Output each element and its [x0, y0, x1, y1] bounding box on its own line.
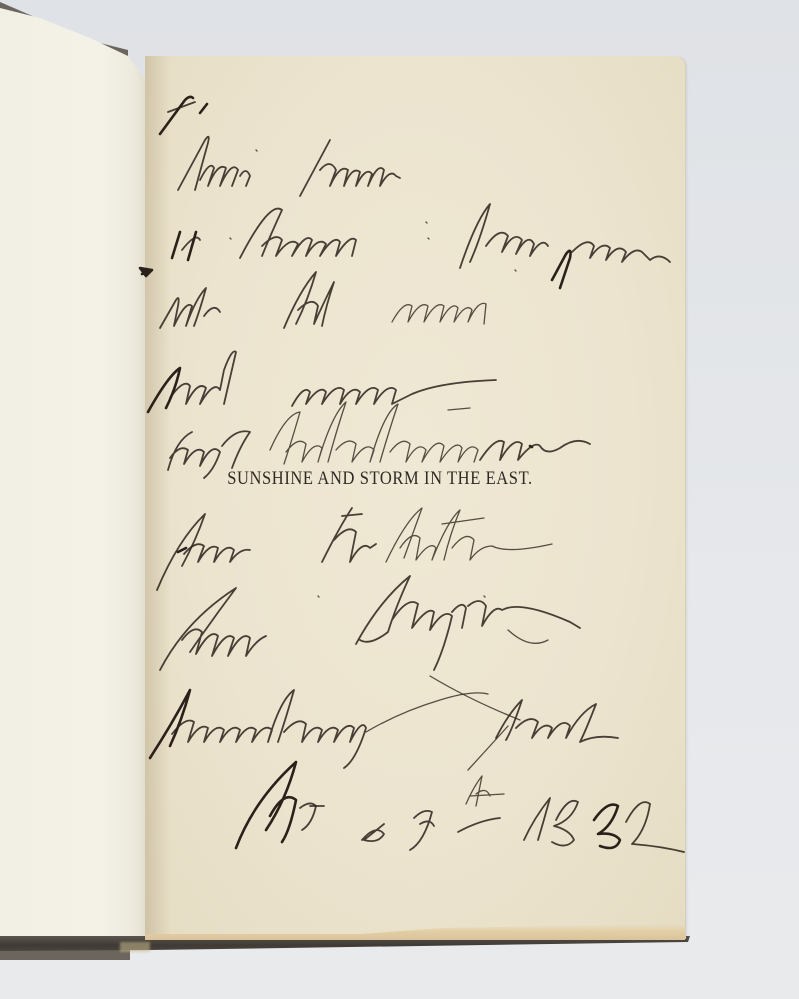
inscription-line-1-text: To — [0, 0, 1, 1]
title-page: SUNSHINE AND STORM IN THE EAST. — [145, 56, 685, 939]
printed-title: SUNSHINE AND STORM IN THE EAST. — [145, 467, 685, 490]
book-photograph: SUNSHINE AND STORM IN THE EAST. — [0, 0, 799, 999]
worn-spine-edge — [120, 942, 150, 952]
inscription-text: To Major General Sir Dighton Probyn with… — [0, 0, 1, 1]
left-endpaper — [0, 0, 146, 938]
